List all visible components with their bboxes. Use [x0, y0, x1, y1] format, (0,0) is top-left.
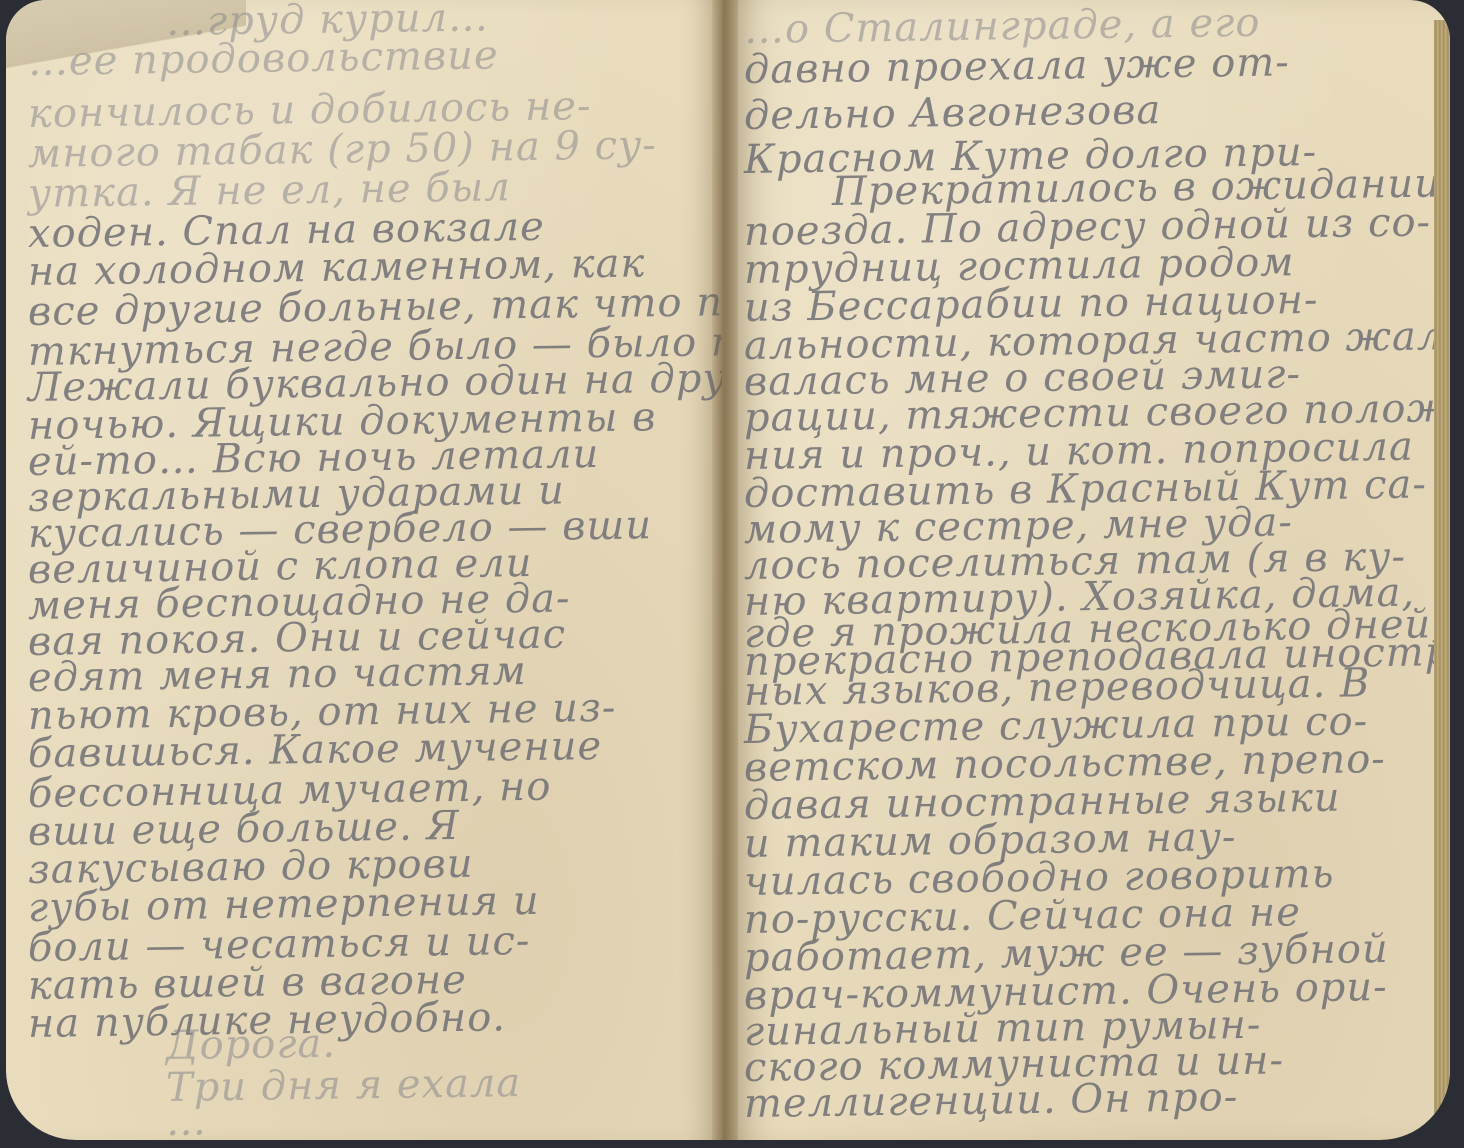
handwritten-line: …ее продовольствие — [28, 31, 705, 84]
open-notebook: …груд курил… …ее продовольствие кончилос… — [0, 0, 1464, 1148]
left-page: …груд курил… …ее продовольствие кончилос… — [6, 0, 722, 1140]
right-page: …о Сталинграде, а его давно проехала уже… — [722, 0, 1450, 1140]
right-page-text: …о Сталинграде, а его давно проехала уже… — [722, 0, 1450, 1140]
page-edges — [1434, 20, 1450, 1120]
notebook-spine — [712, 0, 738, 1140]
handwritten-line: давно проехала уже от- — [744, 38, 1433, 92]
handwritten-line: … — [166, 1092, 705, 1140]
left-page-text: …груд курил… …ее продовольствие кончилос… — [6, 0, 722, 1140]
